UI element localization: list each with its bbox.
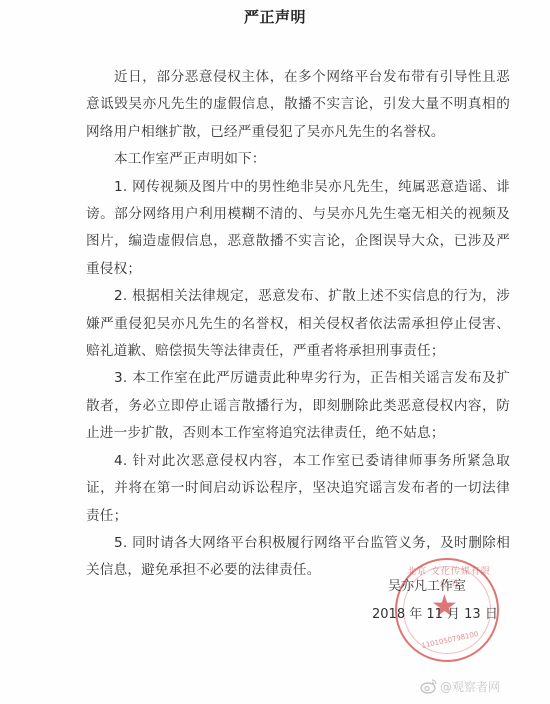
point-3: 3. 本工作室在此严厉谴责此种卑劣行为，正告相关谣言发布及扩散者，务必立即停止谣… (86, 365, 510, 447)
intro-paragraph: 近日，部分恶意侵权主体，在多个网络平台发布带有引导性且恶意诋毁吴亦凡先生的虚假信… (86, 64, 510, 146)
declaration-heading: 本工作室严正声明如下： (86, 146, 510, 173)
point-1: 1. 网传视频及图片中的男性绝非吴亦凡先生，纯属恶意造谣、诽谤。部分网络用户利用… (86, 174, 510, 284)
signature-date: 2018 年 11 月 13 日 (372, 604, 498, 626)
watermark-text: @观察者网 (440, 678, 500, 695)
statement-page: 严正声明 近日，部分恶意侵权主体，在多个网络平台发布带有引导性且恶意诋毁吴亦凡先… (0, 0, 550, 704)
weibo-icon (420, 678, 438, 694)
point-2: 2. 根据相关法律规定，恶意发布、扩散上述不实信息的行为，涉嫌严重侵犯吴亦凡先生… (86, 283, 510, 365)
signature-name: 吴亦凡工作室 (388, 576, 466, 598)
document-body: 近日，部分恶意侵权主体，在多个网络平台发布带有引导性且恶意诋毁吴亦凡先生的虚假信… (86, 64, 510, 585)
document-title: 严正声明 (0, 6, 550, 27)
point-4: 4. 针对此次恶意侵权内容，本工作室已委请律师事务所紧急取证，并将在第一时间启动… (86, 448, 510, 530)
